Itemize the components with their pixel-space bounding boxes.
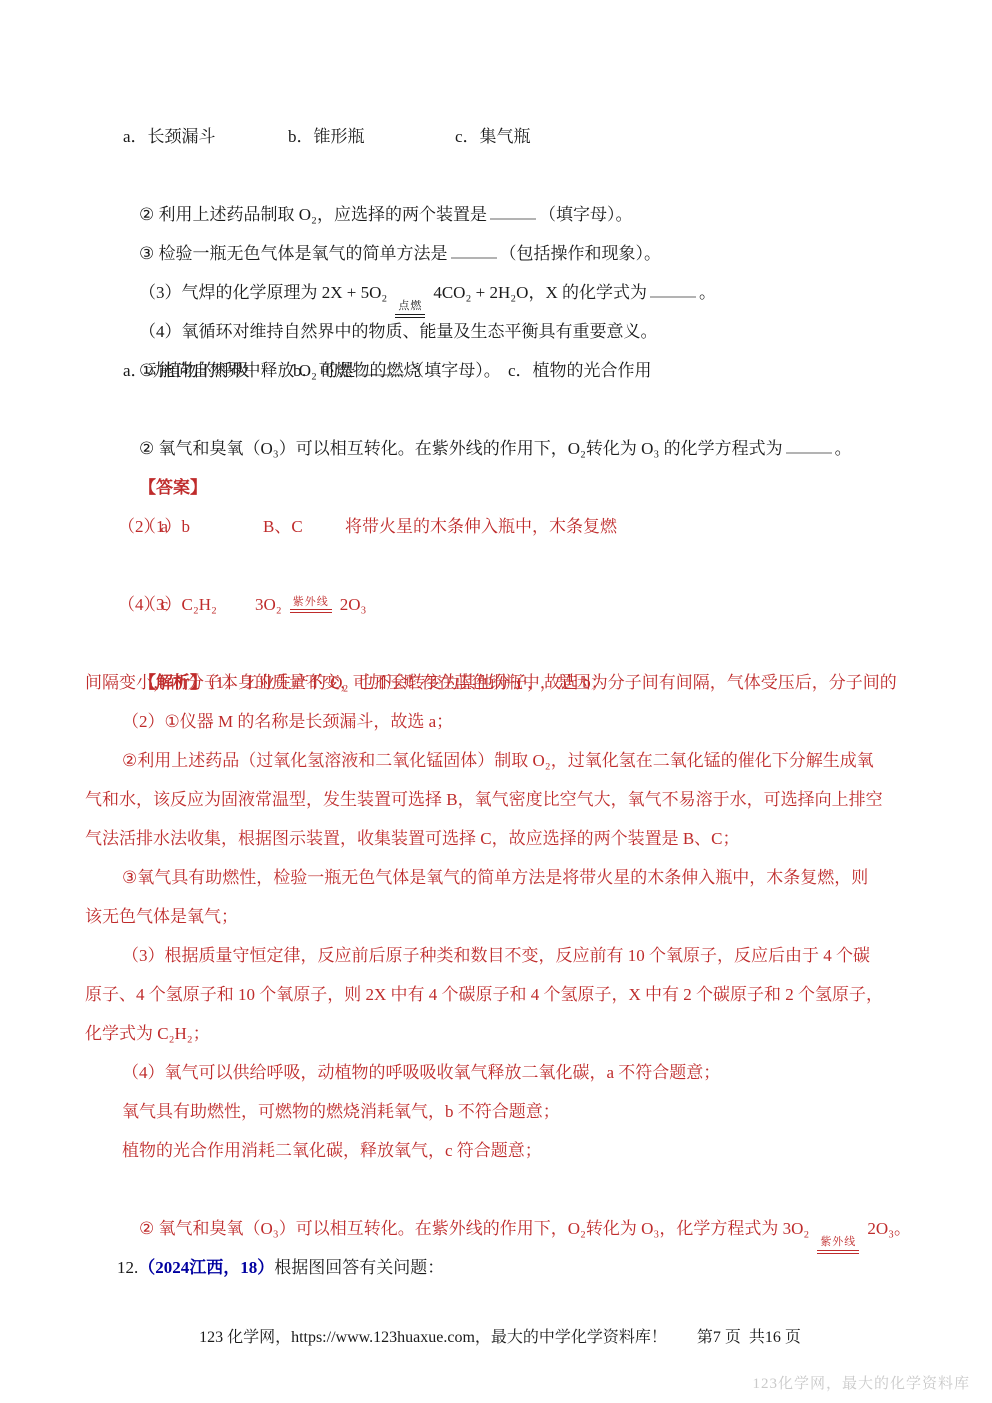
option-a-long-neck-funnel: a．长颈漏斗 <box>123 117 216 156</box>
analysis-line-1: 【解析】（1）工业生产的 O₂ 可加压贮存在蓝色钢瓶中，是因为分子间有间隔，气体… <box>85 624 945 663</box>
question-12-source-tag: （2024江西，18） <box>138 1258 274 1277</box>
analysis-text: （3）根据质量守恒定律，反应前后原子种类和数目不变，反应前有 10 个氧原子，反… <box>122 946 870 965</box>
equation-lhs: 3O₂ <box>255 595 282 615</box>
question-12-text: 根据图回答有关问题： <box>274 1258 444 1277</box>
footer-site-info: 123 化学网，https://www.123huaxue.com，最大的中学化… <box>199 1329 667 1346</box>
analysis-text: 植物的光合作用消耗二氧化碳，释放氧气，c 符合题意； <box>122 1141 542 1160</box>
analysis-text: 该无色气体是氧气； <box>85 907 238 926</box>
page-footer: 123 化学网，https://www.123huaxue.com，最大的中学化… <box>0 1290 992 1322</box>
analysis-line-14: 植物的光合作用消耗二氧化碳，释放氧气，c 符合题意； <box>85 1131 945 1170</box>
question-12-number: 12. <box>117 1258 138 1277</box>
answer-2-choice: （2）a <box>118 507 168 546</box>
equation-rhs: 2O₃ <box>340 595 367 615</box>
analysis-text: 原子、4 个氢原子和 10 个氧原子，则 2X 中有 4 个碳原子和 4 个氢原… <box>85 985 883 1004</box>
question-sub2: ② 利用上述药品制取 O₂，应选择的两个装置是（填字母）。 <box>85 156 945 195</box>
analysis-line-13: 氧气具有助燃性，可燃物的燃烧消耗氧气，b 不符合题意； <box>85 1092 945 1131</box>
analysis-text: 氧气具有助燃性，可燃物的燃烧消耗氧气，b 不符合题意； <box>122 1102 560 1121</box>
analysis-line-11: 化学式为 C₂H₂； <box>85 1014 945 1053</box>
analysis-line-8: 该无色气体是氧气； <box>85 897 945 936</box>
analysis-line-15-equation: ② 氧气和臭氧（O₃）可以相互转化。在紫外线的作用下，O₂转化为 O₃，化学方程… <box>85 1170 945 1209</box>
analysis-text: ②利用上述药品（过氧化氢溶液和二氧化锰固体）制取 O₂，过氧化氢在二氧化锰的催化… <box>122 751 874 770</box>
analysis-text: 化学式为 C₂H₂； <box>85 1024 210 1043</box>
analysis-text: ③氧气具有助燃性，检验一瓶无色气体是氧气的简单方法是将带火星的木条伸入瓶中，木条… <box>122 868 868 887</box>
question-part4-sub2: ② 氧气和臭氧（O₃）可以相互转化。在紫外线的作用下，O₂转化为 O₃ 的化学方… <box>85 390 945 429</box>
answer-line-2: （2）a B、C 将带火星的木条伸入瓶中，木条复燃 <box>85 507 945 546</box>
reaction-condition-uv: 紫外线 <box>290 596 332 614</box>
question-part4-intro: （4）氧循环对维持自然界中的物质、能量及生态平衡具有重要意义。 <box>85 273 945 312</box>
analysis-line-9: （3）根据质量守恒定律，反应前后原子种类和数目不变，反应前有 10 个氧原子，反… <box>85 936 945 975</box>
footer-page-number: 第7 页 共16 页 <box>697 1329 801 1346</box>
option-c-gas-bottle: c．集气瓶 <box>455 117 531 156</box>
analysis-line-12: （4）氧气可以供给呼吸，动植物的呼吸吸收氧气释放二氧化碳，a 不符合题意； <box>85 1053 945 1092</box>
option-b-conical-flask: b．锥形瓶 <box>288 117 365 156</box>
document-page: a．长颈漏斗 b．锥形瓶 c．集气瓶 ② 利用上述药品制取 O₂，应选择的两个装… <box>85 117 945 1248</box>
answer-2-method: 将带火星的木条伸入瓶中，木条复燃 <box>345 507 617 546</box>
analysis-text: 气法活排水法收集，根据图示装置，收集装置可选择 C，故应选择的两个装置是 B、C… <box>85 829 740 848</box>
analysis-text: 间隔变小，而分子本身的质量不变，也不会转变为其他分子，故选 b； <box>85 673 608 692</box>
answer-2-devices: B、C <box>263 507 303 546</box>
analysis-line-10: 原子、4 个氢原子和 10 个氧原子，则 2X 中有 4 个碳原子和 4 个氢原… <box>85 975 945 1014</box>
answer-line-3: （3）C₂H₂ <box>85 546 945 585</box>
option-b-combustion: b．可燃物的燃烧 <box>293 351 421 390</box>
analysis-text: 气和水，该反应为固液常温型，发生装置可选择 B，氧气密度比空气大，氧气不易溶于水… <box>85 790 883 809</box>
analysis-line-2: 间隔变小，而分子本身的质量不变，也不会转变为其他分子，故选 b； <box>85 663 945 702</box>
analysis-line-6: 气法活排水法收集，根据图示装置，收集装置可选择 C，故应选择的两个装置是 B、C… <box>85 819 945 858</box>
apparatus-options-row: a．长颈漏斗 b．锥形瓶 c．集气瓶 <box>85 117 945 156</box>
double-line <box>817 1250 859 1254</box>
question-12-lead: 12.（2024江西，18）根据图回答有关问题： <box>85 1209 945 1248</box>
analysis-line-5: 气和水，该反应为固液常温型，发生装置可选择 B，氧气密度比空气大，氧气不易溶于水… <box>85 780 945 819</box>
answer-line-4: （4）c 3O₂紫外线2O₃ <box>85 585 945 624</box>
answer-line-1: （1）b <box>85 468 945 507</box>
answer-4-equation: 3O₂紫外线2O₃ <box>255 585 366 624</box>
question-part3-equation: （3）气焊的化学原理为 2X + 5O₂点燃4CO₂ + 2H₂O，X 的化学式… <box>85 234 945 273</box>
analysis-text: （2）①仪器 M 的名称是长颈漏斗，故选 a； <box>122 712 453 731</box>
analysis-line-7: ③氧气具有助燃性，检验一瓶无色气体是氧气的简单方法是将带火星的木条伸入瓶中，木条… <box>85 858 945 897</box>
answer-header: 【答案】 <box>85 429 945 468</box>
option-c-photosynthesis: c．植物的光合作用 <box>508 351 652 390</box>
analysis-text: （4）氧气可以供给呼吸，动植物的呼吸吸收氧气释放二氧化碳，a 不符合题意； <box>122 1063 720 1082</box>
answer-4-choice: （4）c <box>118 585 168 624</box>
watermark-text: 123化学网，最大的化学资料库 <box>752 1372 970 1393</box>
double-line <box>290 609 332 613</box>
option-a-respiration: a．动植物的呼吸 <box>123 351 250 390</box>
analysis-line-4: ②利用上述药品（过氧化氢溶液和二氧化锰固体）制取 O₂，过氧化氢在二氧化锰的催化… <box>85 741 945 780</box>
analysis-line-3: （2）①仪器 M 的名称是长颈漏斗，故选 a； <box>85 702 945 741</box>
question-sub3: ③ 检验一瓶无色气体是氧气的简单方法是（包括操作和现象）。 <box>85 195 945 234</box>
release-options-row: a．动植物的呼吸 b．可燃物的燃烧 c．植物的光合作用 <box>85 351 945 390</box>
question-part4-sub1: ① 能向自然界中释放 O₂ 的是（填字母）。 <box>85 312 945 351</box>
